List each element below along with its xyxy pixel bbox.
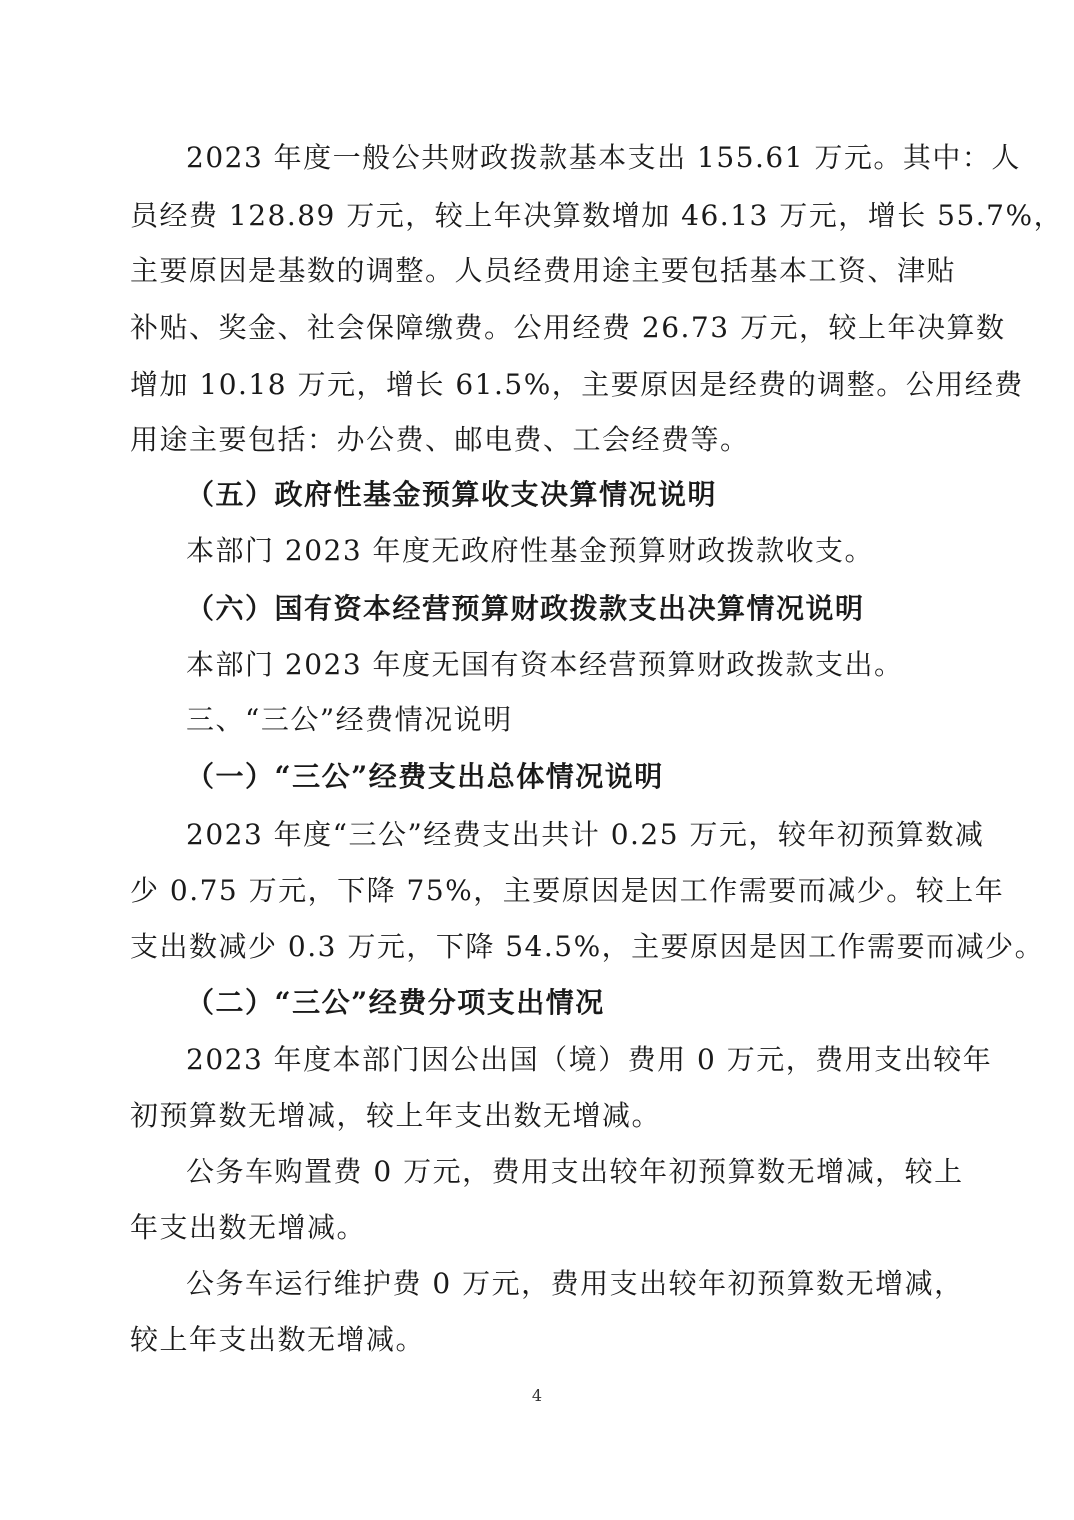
section-6-heading: （六）国有资本经营预算财政拨款支出决算情况说明 (186, 589, 865, 629)
text-line: 公务车运行维护费 0 万元，费用支出较年初预算数无增减， (186, 1264, 964, 1304)
text-line: 2023 年度“三公”经费支出共计 0.25 万元，较年初预算数减 (186, 815, 984, 855)
text-line: 2023 年度本部门因公出国（境）费用 0 万元，费用支出较年 (186, 1040, 992, 1080)
text-line: 年支出数无增减。 (130, 1208, 366, 1248)
text-line: 主要原因是基数的调整。人员经费用途主要包括基本工资、津贴 (130, 251, 956, 291)
section-5-body: 本部门 2023 年度无政府性基金预算财政拨款收支。 (186, 531, 874, 571)
text-line: 初预算数无增减，较上年支出数无增减。 (130, 1096, 661, 1136)
text-line: 2023 年度一般公共财政拨款基本支出 155.61 万元。其中：人 (186, 138, 1021, 178)
document-page: 2023 年度一般公共财政拨款基本支出 155.61 万元。其中：人 员经费 1… (0, 0, 1074, 1520)
text-line: 公务车购置费 0 万元，费用支出较年初预算数无增减，较上 (186, 1152, 964, 1192)
text-line: 较上年支出数无增减。 (130, 1320, 425, 1360)
text-line: 补贴、奖金、社会保障缴费。公用经费 26.73 万元，较上年决算数 (130, 308, 1005, 348)
text-line: 支出数减少 0.3 万元，下降 54.5%，主要原因是因工作需要而减少。 (130, 927, 1044, 967)
section-5-heading: （五）政府性基金预算收支决算情况说明 (186, 475, 717, 515)
text-line: 用途主要包括：办公费、邮电费、工会经费等。 (130, 420, 750, 460)
text-line: 员经费 128.89 万元，较上年决算数增加 46.13 万元，增长 55.7%… (130, 196, 1063, 236)
page-number: 4 (0, 1386, 1074, 1405)
section-6-body: 本部门 2023 年度无国有资本经营预算财政拨款支出。 (186, 645, 904, 685)
text-line: 增加 10.18 万元，增长 61.5%，主要原因是经费的调整。公用经费 (130, 365, 1024, 405)
subsection-1-heading: （一）“三公”经费支出总体情况说明 (186, 757, 664, 797)
part-3-heading: 三、“三公”经费情况说明 (186, 700, 513, 740)
subsection-2-heading: （二）“三公”经费分项支出情况 (186, 983, 605, 1023)
text-line: 少 0.75 万元，下降 75%，主要原因是因工作需要而减少。较上年 (130, 871, 1004, 911)
